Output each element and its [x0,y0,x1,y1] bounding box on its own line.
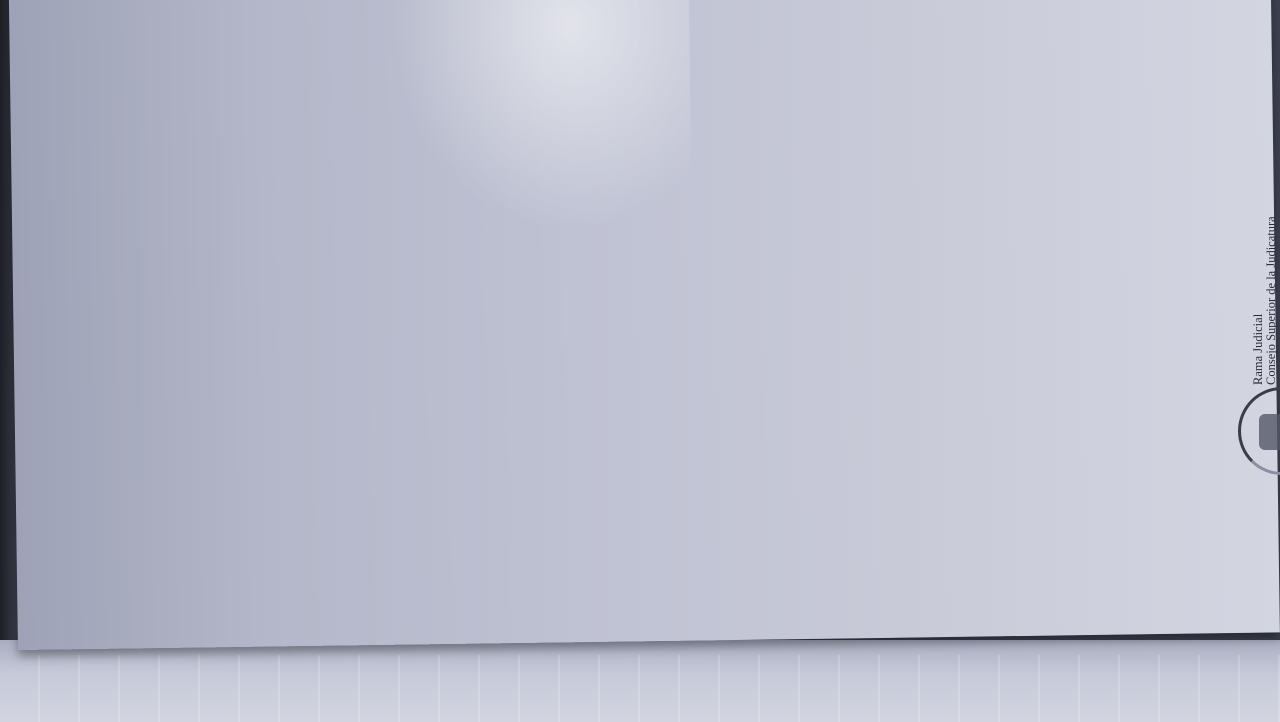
org-line-2: Consejo Superior de la Judicatura [1265,210,1278,385]
light-glare [389,0,693,235]
rotated-document-content: Fl. 169 Rama Judicial Consejo Superior d… [1040,0,1280,650]
underlying-page-lines [0,655,1280,722]
colombia-coat-of-arms-icon [1238,387,1280,475]
organization-header: Rama Judicial Consejo Superior de la Jud… [1252,210,1280,385]
